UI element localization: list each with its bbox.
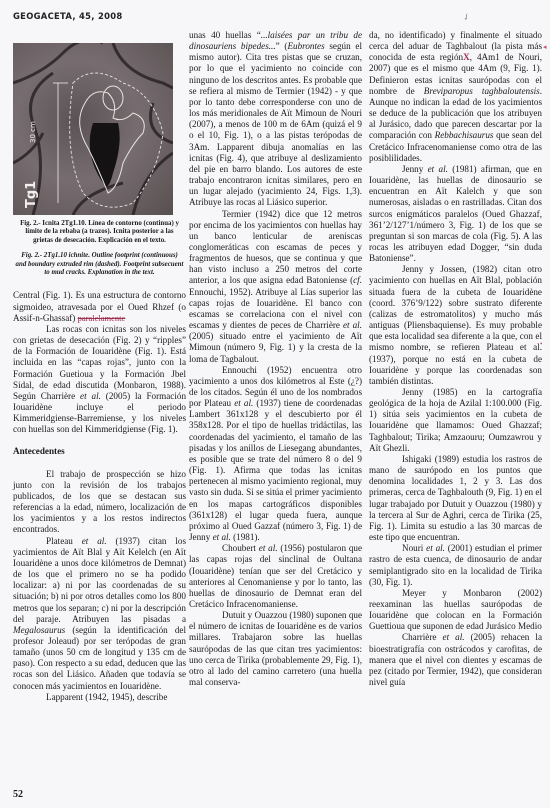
paragraph: Jenny y Jossen, (1982) citan otro yacimi… <box>369 264 542 387</box>
left-column: 30 cm Tg1 Fig. 2.- Icnita 2Tg1.10. Línea… <box>13 43 186 703</box>
handwritten-x-mark: X <box>463 52 470 62</box>
paragraph: Jenny et al. (1981) afirman, que en Ioua… <box>369 164 542 264</box>
section-heading: Antecedentes <box>13 446 186 457</box>
margin-mark: • <box>540 340 542 348</box>
pen-mark: ✓ <box>461 11 473 24</box>
paragraph: Plateau et al. (1937) citan los yacimien… <box>13 536 186 692</box>
paragraph: El trabajo de prospección se hizo junto … <box>13 469 186 536</box>
paragraph: Nouri et al. (2001) estudian el primer r… <box>369 543 542 588</box>
strikethrough-correction: paralelamente <box>78 313 126 323</box>
paragraph: Ishigaki (1989) estudia los rastros de m… <box>369 454 542 543</box>
right-column: da, no identificado) y finalmente el sit… <box>369 30 542 688</box>
paragraph: Lapparent (1942, 1945), describe <box>13 692 186 703</box>
paragraph: Choubert et al. (1956) postularon que la… <box>189 543 362 610</box>
paragraph: Charrière et al. (2005) rehacen la bioes… <box>369 632 542 688</box>
svg-text:Tg1: Tg1 <box>24 181 39 208</box>
paragraph: Central (Fig. 1). Es una estructura de c… <box>13 290 186 323</box>
paragraph: Jenny (1985) en la cartografía geológica… <box>369 387 542 454</box>
paragraph: unas 40 huellas “...laisées par un tribu… <box>189 30 362 209</box>
paragraph: Dutuit y Ouazzou (1980) suponen que el n… <box>189 610 362 688</box>
paragraph: da, no identificado) y finalmente el sit… <box>369 30 542 164</box>
svg-text:30 cm: 30 cm <box>29 121 37 143</box>
figure-2-photo: 30 cm Tg1 <box>13 43 173 215</box>
footprint-photo-icon: 30 cm Tg1 <box>13 43 173 215</box>
paragraph: Las rocas con icnitas son los niveles co… <box>13 324 186 436</box>
page-number: 52 <box>13 789 23 800</box>
paragraph: Meyer y Monbaron (2002) reexaminan las h… <box>369 588 542 633</box>
paragraph: Ennouchi (1952) encuentra otro yacimient… <box>189 365 362 544</box>
running-header: GEOGACETA, 45, 2008 <box>13 11 123 21</box>
figure-caption-es: Fig. 2.- Icnita 2Tg1.10. Línea de contor… <box>15 220 184 245</box>
middle-column: unas 40 huellas “...laisées par un tribu… <box>189 30 362 688</box>
figure-caption-en: Fig. 2.- 2Tg1.10 ichnite. Outline footpr… <box>15 252 184 277</box>
paragraph: Termier (1942) dice que 12 metros por en… <box>189 209 362 365</box>
margin-mark: ◂ <box>543 43 547 51</box>
